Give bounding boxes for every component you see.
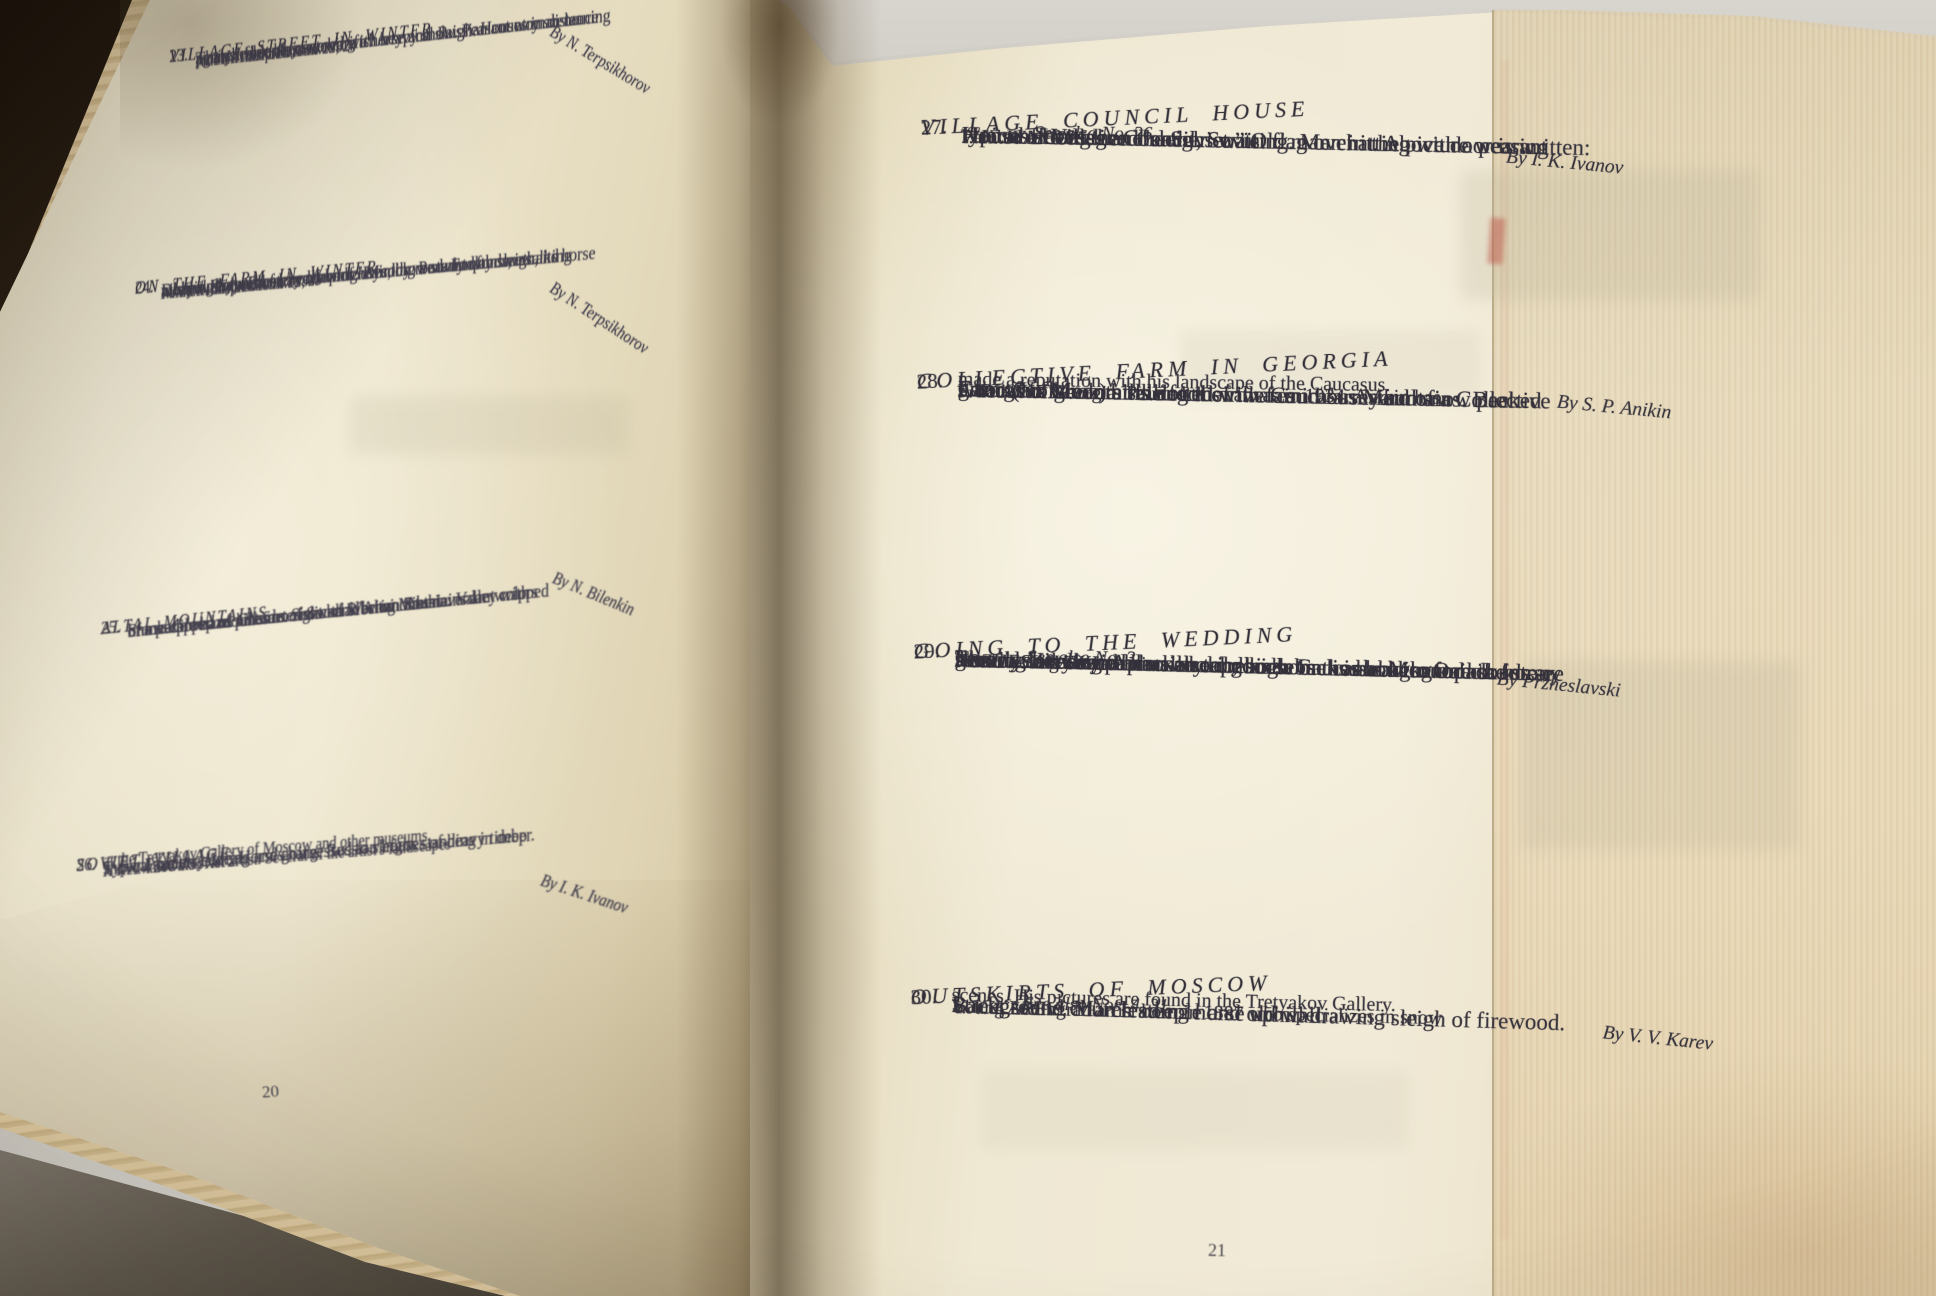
page-number-right: 21 bbox=[1208, 1240, 1226, 1261]
open-book-photo: 23.VILLAGE STREET IN WINTER By N. Terpsi… bbox=[0, 0, 1936, 1296]
book-gutter-top-shadow bbox=[700, 0, 860, 180]
show-through-smudge bbox=[980, 1070, 1410, 1150]
page-number-left: 20 bbox=[261, 1081, 279, 1102]
see-also-note: See also Nos. 4, 31 bbox=[1024, 989, 1169, 1021]
book-gutter-shadow bbox=[676, 0, 882, 1296]
see-also-note: See also No. 27 bbox=[155, 844, 242, 886]
see-also-note: See also No. 3 bbox=[1027, 643, 1136, 674]
show-through-smudge bbox=[1460, 170, 1760, 300]
show-through-smudge bbox=[350, 395, 630, 455]
see-also-note: See also No. 26 bbox=[1034, 119, 1152, 150]
